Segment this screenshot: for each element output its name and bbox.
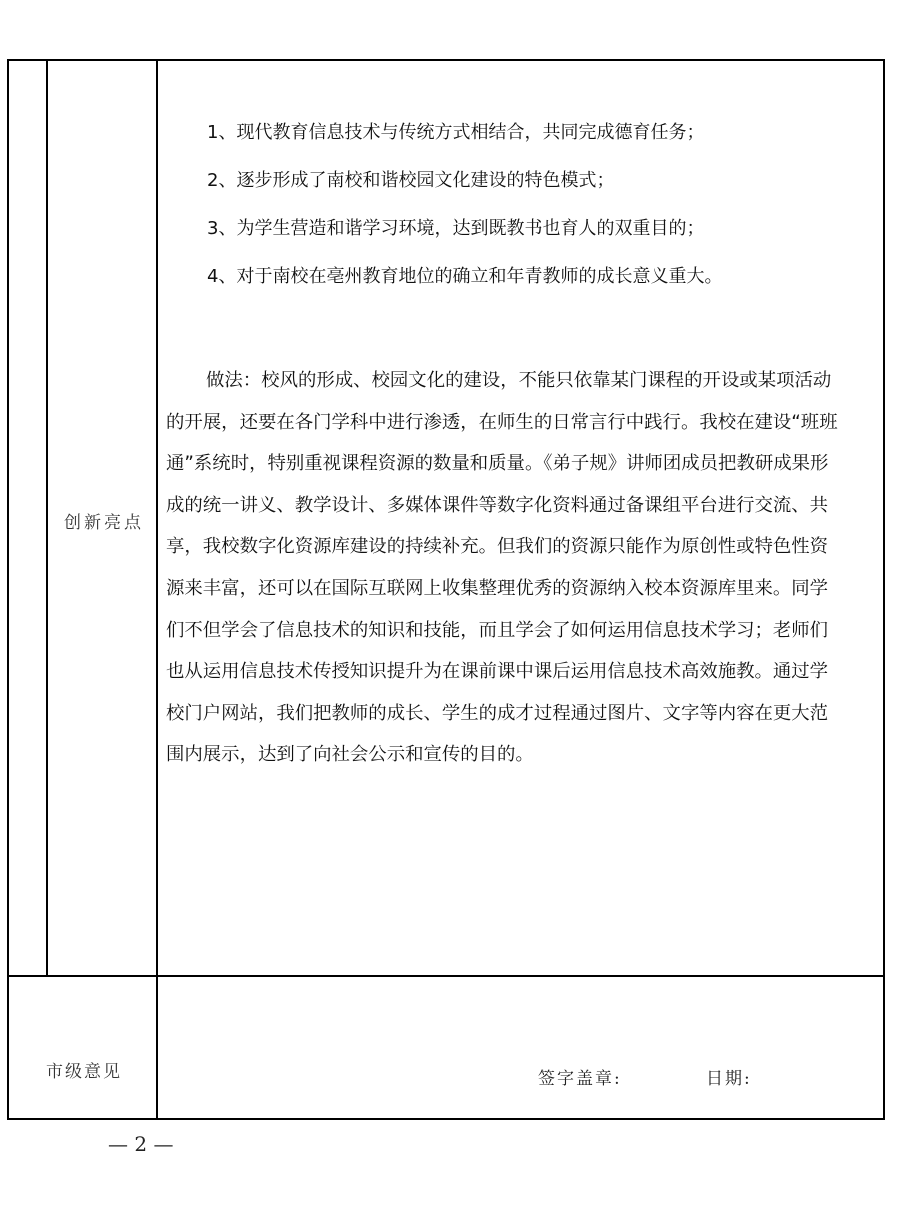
- label-column-divider: [156, 59, 158, 1120]
- highlight-item: 1、现代教育信息技术与传统方式相结合，共同完成德育任务；: [207, 121, 704, 145]
- city-opinion-label: 市级意见: [46, 1057, 122, 1082]
- method-paragraph: 做法：校风的形成、校园文化的建设，不能只依靠某门课程的开设或某项活动 的开展，还…: [166, 360, 882, 776]
- paragraph-line: 也从运用信息技术传授知识提升为在课前课中课后运用信息技术高效施教。通过学: [166, 651, 882, 693]
- paragraph-line: 校门户网站，我们把教师的成长、学生的成才过程通过图片、文字等内容在更大范: [166, 693, 882, 735]
- table-left-border: [7, 59, 9, 1120]
- innovation-label: 创新亮点: [64, 508, 144, 533]
- table-right-border: [883, 59, 885, 1120]
- date-label: 日期:: [706, 1064, 752, 1089]
- document-page: 创新亮点 1、现代教育信息技术与传统方式相结合，共同完成德育任务； 2、逐步形成…: [0, 0, 899, 1222]
- inner-column-divider: [46, 59, 48, 977]
- table-bottom-border: [7, 1118, 885, 1120]
- paragraph-line: 源来丰富，还可以在国际互联网上收集整理优秀的资源纳入校本资源库里来。同学: [166, 568, 882, 610]
- paragraph-line: 的开展，还要在各门学科中进行渗透，在师生的日常言行中践行。我校在建设“班班: [166, 402, 882, 444]
- highlight-item: 4、对于南校在亳州教育地位的确立和年青教师的成长意义重大。: [207, 265, 722, 289]
- signature-label: 签字盖章:: [538, 1064, 622, 1089]
- table-top-border: [7, 59, 885, 61]
- page-number: — 2 —: [108, 1132, 173, 1156]
- paragraph-line: 通”系统时，特别重视课程资源的数量和质量。《弟子规》讲师团成员把教研成果形: [166, 443, 882, 485]
- highlight-item: 2、逐步形成了南校和谐校园文化建设的特色模式；: [207, 169, 614, 193]
- row-divider: [7, 975, 885, 977]
- highlight-item: 3、为学生营造和谐学习环境，达到既教书也育人的双重目的；: [207, 217, 704, 241]
- paragraph-line: 们不但学会了信息技术的知识和技能，而且学会了如何运用信息技术学习；老师们: [166, 610, 882, 652]
- paragraph-line: 做法：校风的形成、校园文化的建设，不能只依靠某门课程的开设或某项活动: [166, 360, 882, 402]
- paragraph-line: 享，我校数字化资源库建设的持续补充。但我们的资源只能作为原创性或特色性资: [166, 526, 882, 568]
- paragraph-line: 围内展示，达到了向社会公示和宣传的目的。: [166, 734, 882, 776]
- paragraph-line: 成的统一讲义、教学设计、多媒体课件等数字化资料通过备课组平台进行交流、共: [166, 485, 882, 527]
